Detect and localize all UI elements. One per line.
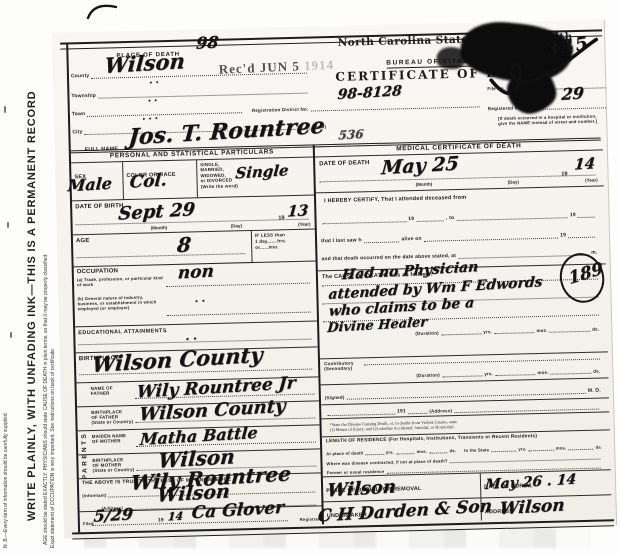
margin-note-nb: N. B.—Every item of information should b…	[3, 412, 9, 548]
printed-19: 19	[278, 215, 284, 221]
yrs-label: yrs.	[483, 329, 492, 334]
margin-note-2: Exact statement of OCCUPATION is very im…	[50, 348, 56, 548]
hw-top-number: 98	[195, 32, 219, 52]
ds-label: ds.	[593, 369, 600, 374]
dotted-line	[491, 445, 516, 453]
sex-color-marital-row: SEX Male COLOR OR RACE Col. SINGLE, MARR…	[71, 157, 314, 201]
hw-town: · ·	[147, 96, 157, 107]
day-sublabel: (Day)	[231, 223, 242, 228]
certify-block: I HEREBY CERTIFY, That I attended deceas…	[316, 186, 606, 271]
dotted-line	[429, 446, 448, 453]
in-state-label: In the State	[464, 447, 489, 453]
margin-write-plainly: WRITE PLAINLY, WITH UNFADING INK—THIS IS…	[26, 91, 38, 521]
dotted-line	[320, 175, 596, 183]
personal-statistical-section: PERSONAL AND STATISTICAL PARTICULARS SEX…	[71, 144, 322, 530]
mos-label: mos.	[537, 370, 548, 375]
medical-section-title: MEDICAL CERTIFICATE OF DEATH	[396, 142, 521, 152]
dotted-line	[364, 235, 400, 243]
dotted-line	[166, 283, 310, 288]
hw-death-year: 14	[574, 154, 596, 173]
hw-color-race: Col.	[129, 170, 168, 192]
dotted-line	[568, 443, 593, 451]
father-bp-state-country: (State or Country)	[91, 419, 133, 425]
hw-sex: Male	[67, 174, 113, 196]
medical-certificate-section: MEDICAL CERTIFICATE OF DEATH DATE OF DEA…	[313, 137, 612, 524]
dotted-line	[495, 368, 536, 376]
dob-label: DATE OF BIRTH	[75, 203, 124, 210]
father-birthplace-label: BIRTHPLACE OF FATHER (State or Country)	[91, 409, 133, 425]
registration-district-label: Registration District No.	[252, 107, 309, 113]
township-label: Township	[71, 93, 96, 100]
hw-cause-code: 189	[567, 259, 604, 290]
to-label: , to	[446, 215, 454, 221]
pen-mark	[86, 0, 120, 20]
stamp-text: Rec'd JUN 5	[219, 58, 301, 76]
ds-label: ds.	[595, 445, 602, 450]
mos-label: mos.	[536, 328, 547, 333]
dotted-line	[364, 359, 600, 366]
dotted-line	[550, 325, 591, 333]
dotted-line	[424, 232, 559, 242]
dod-printed-19: 19	[561, 171, 567, 177]
hw-occupation-a: non	[177, 261, 215, 283]
cause-of-death-block: The CAUSE OF DEATH* was as follows: 189 …	[318, 264, 608, 359]
address-paren-label: (Address)	[429, 408, 452, 414]
dotted-line	[441, 327, 482, 335]
certificate-paper: PLACE OF DEATH 98 County Wilson Township…	[52, 19, 617, 538]
hw-registration-district: 98-8128	[337, 83, 402, 103]
hw-filed-date: 5/29	[93, 504, 134, 525]
burial-date-cell: DATE OF BURIAL May 26 . 14	[481, 470, 612, 497]
father-name-label: NAME OF FATHER	[91, 385, 113, 396]
md-label: M. D.	[588, 388, 601, 394]
year-sublabel: (Year)	[298, 222, 311, 227]
note-text: *State the Disease Causing Death, or, in…	[329, 415, 603, 433]
if-less-box: IF LESS than 1 day,......hrs. or......mi…	[251, 229, 316, 262]
dotted-line	[365, 448, 384, 455]
y191-label: 191	[397, 408, 406, 414]
ds-label: ds.	[592, 327, 599, 332]
dotted-line	[416, 214, 444, 222]
scanned-death-certificate: N. B.—Every item of information should b…	[0, 0, 620, 556]
dotted-line	[322, 215, 406, 224]
stamp-year: 1914	[304, 57, 335, 73]
signed-line: (Signed)M. D.	[325, 387, 601, 401]
hw-county: Wilson	[104, 48, 186, 78]
occupation-a-label: (a) Trade, profession, or particular kin…	[77, 276, 165, 288]
city-label: City	[72, 129, 82, 135]
mother-mn-label-2: OF MOTHER	[92, 438, 127, 444]
county-label: County	[71, 73, 90, 79]
undertaker-cell: UNDERTAKER C H Darden & Son	[323, 498, 481, 524]
last-saw-label: that I last saw h	[321, 237, 362, 244]
dod-year-sublabel: (Year)	[585, 178, 598, 183]
dotted-line	[568, 231, 595, 239]
hw-birth-year: 13	[287, 201, 309, 220]
hw-filed-year: 14	[167, 509, 183, 523]
dotted-line	[454, 403, 599, 414]
dotted-line	[87, 106, 242, 117]
last-saw-line: that I last saw halive on19	[321, 231, 597, 245]
town-label: Town	[72, 111, 86, 117]
yrs-label: yrs.	[518, 446, 526, 451]
hw-occupation-b: · ·	[194, 296, 205, 308]
residence-header: LENGTH OF RESIDENCE (For Hospitals, Inst…	[326, 434, 537, 444]
duration-label: (Duration)	[415, 330, 439, 336]
dotted-line	[456, 211, 568, 221]
dotted-line	[310, 100, 480, 111]
occupation-label: OCCUPATION	[77, 268, 119, 275]
dotted-line	[327, 408, 395, 417]
hw-burial-date: May 26 . 14	[484, 472, 576, 494]
duration-label: (Duration)	[416, 372, 440, 378]
hw-death-date: May 25	[380, 153, 459, 180]
contributory-label-2: (Secondary)	[324, 366, 354, 372]
marital-cell: SINGLE, MARRIED, WIDOWED, or DIVORCED (W…	[197, 157, 314, 197]
occupation-row: OCCUPATION (a) Trade, profession, or par…	[74, 261, 317, 327]
at-place-line: At place of deathyrs.mos.ds.	[326, 446, 456, 456]
printed-19: 19	[560, 232, 566, 238]
margin-note-1: AGE should be stated EXACTLY. PHYSICIANS…	[43, 253, 49, 545]
father-name-label-2: FATHER	[91, 390, 113, 396]
dotted-line	[442, 369, 483, 377]
m-label: m.	[591, 250, 597, 256]
certify-label: I HEREBY CERTIFY, That I attended deceas…	[324, 195, 466, 204]
hw-township: · ·	[149, 78, 159, 89]
color-race-cell: COLOR OR RACE Col.	[123, 160, 198, 199]
duration-line: (Duration)yrs.mos.ds.	[415, 325, 599, 336]
yrs-label: yrs.	[484, 371, 493, 376]
dotted-line	[551, 367, 592, 375]
age-label: AGE	[76, 238, 90, 244]
informant-label: (Informant)	[82, 493, 106, 499]
if-less-line-3: or......min.	[255, 243, 315, 250]
hw-education: · ·	[185, 332, 198, 346]
at-place-label: At place of death	[326, 450, 363, 456]
dotted-line	[408, 407, 428, 414]
hw-marital-status: Single	[235, 161, 290, 182]
residence-block: LENGTH OF RESIDENCE (For Hospitals, Inst…	[322, 430, 611, 477]
dod-month-sublabel: (Month)	[416, 182, 433, 187]
hw-burial-place: Wilson	[326, 476, 396, 501]
in-state-line: In the Stateyrs.mos.ds.	[464, 443, 602, 453]
hw-registrar-signature: Ca Glover	[191, 498, 285, 524]
education-label: EDUCATIONAL ATTAINMENTS	[78, 328, 167, 336]
registration-district-row: Registration District No.	[252, 100, 482, 113]
printed-19: 19	[408, 216, 414, 222]
if-less-text: IF LESS than 1 day,......hrs. or......mi…	[255, 231, 315, 250]
ink-blot	[436, 47, 467, 70]
dotted-line	[98, 87, 308, 99]
hw-age: 8	[176, 232, 192, 257]
mother-bp-state-country: (State or Country)	[93, 467, 135, 473]
dotted-line	[396, 447, 415, 454]
hospital-note: [If death occurred in a hospital or inst…	[498, 114, 598, 126]
occupation-b-label: (b) General nature of industry, business…	[77, 295, 165, 312]
hw-street-number: 536	[338, 127, 364, 143]
dotted-line	[76, 253, 245, 258]
mother-birthplace-label: BIRTHPLACE OF MOTHER (State or Country)	[92, 457, 134, 473]
township-row: Township	[71, 87, 309, 100]
mos-label: mos.	[416, 449, 427, 454]
month-sublabel: (Month)	[151, 225, 168, 230]
certify-line-2: 19, to19	[320, 211, 596, 225]
mos-label: mos.	[556, 445, 567, 450]
dotted-line	[494, 326, 535, 334]
mother-maiden-label: MAIDEN NAME OF MOTHER	[92, 433, 127, 444]
sex-cell: SEX Male	[71, 162, 124, 200]
former-residence-label: Former or usual residence	[327, 469, 385, 475]
hw-undertaker-address: Wilson	[499, 495, 565, 519]
printed-19: 19	[570, 212, 576, 218]
dotted-line	[578, 211, 595, 218]
ds-label: ds.	[450, 448, 457, 453]
dod-day-sublabel: (Day)	[508, 179, 519, 184]
scan-speck	[10, 332, 12, 338]
dod-label: DATE OF DEATH	[319, 160, 370, 167]
alive-on-label: alive on	[401, 236, 421, 242]
signed-label: (Signed)	[325, 395, 345, 400]
dotted-line	[167, 312, 311, 317]
scan-speck	[4, 106, 6, 113]
contributory-duration-line: (Duration)yrs.mos.ds.	[416, 367, 600, 378]
yrs-label: yrs.	[386, 450, 394, 455]
header-band: PLACE OF DEATH 98 County Wilson Township…	[68, 33, 600, 153]
undertaker-address-cell: ADDRESS Wilson	[481, 495, 611, 520]
dotted-line	[529, 444, 554, 452]
contributory-label: Contributory (Secondary)	[324, 361, 354, 372]
scan-speck	[7, 222, 9, 228]
dotted-line	[346, 387, 586, 400]
